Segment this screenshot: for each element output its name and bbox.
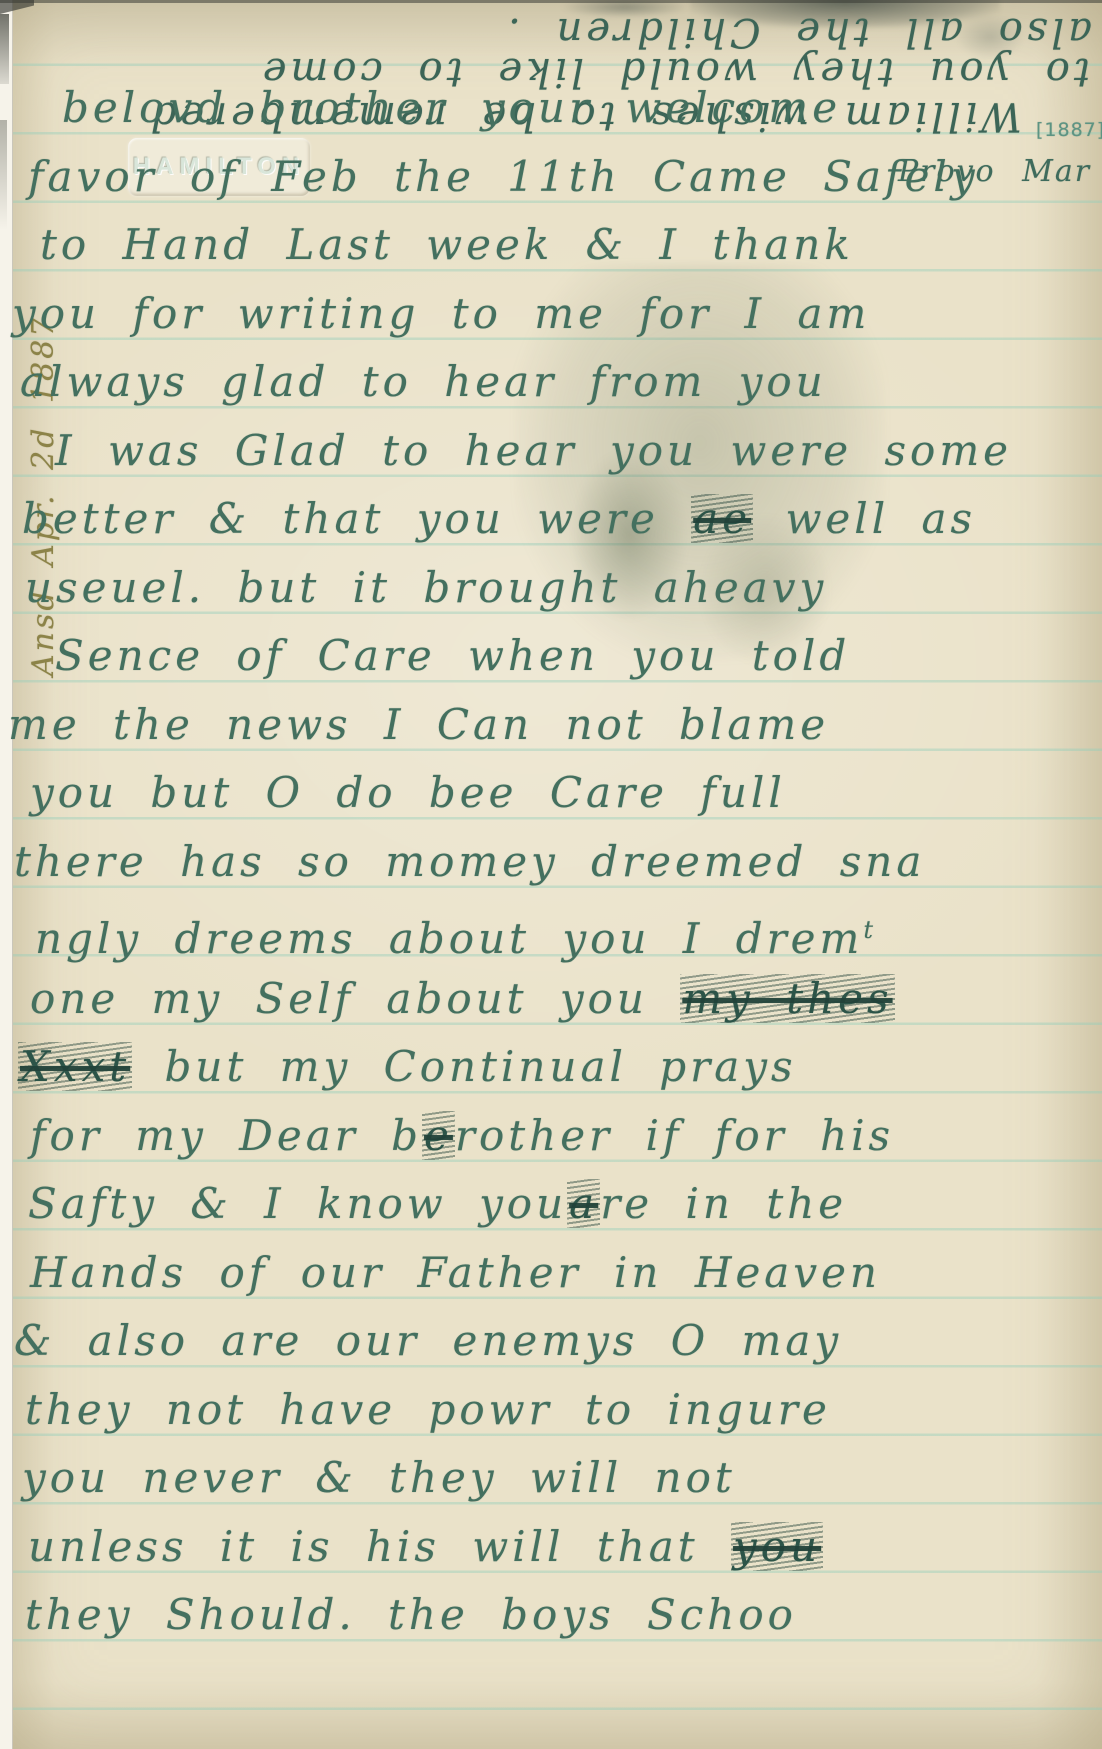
scan-corner-top-left xyxy=(0,0,34,14)
line-text: you for writing to me for I am xyxy=(12,289,870,338)
scan-edge-mark-2 xyxy=(0,120,7,230)
struck-out-text: Xxxt xyxy=(18,1042,132,1091)
line-text: me the news I Can not blame xyxy=(8,700,829,749)
letter-line: for my Dear berother if for his xyxy=(30,1110,894,1162)
line-text: Safty & I know you xyxy=(28,1179,567,1228)
line-text: always glad to hear from you xyxy=(20,357,827,406)
line-text: re in the xyxy=(600,1179,847,1228)
letter-line: always glad to hear from you xyxy=(20,356,827,408)
letter-line: Xxxt but my Continual prays xyxy=(18,1041,797,1093)
line-text: Sence of Care when you told xyxy=(55,631,850,680)
line-text: favor of Feb the 11th Came Safely xyxy=(28,152,979,201)
letter-line: I was Glad to hear you were some xyxy=(55,425,1012,477)
struck-out-text: my thes xyxy=(680,974,894,1023)
line-text: one my Self about you xyxy=(30,974,680,1023)
line-text: for my Dear b xyxy=(30,1111,422,1160)
letter-line: useuel. but it brought aheavy xyxy=(25,562,827,614)
line-text: you never & they will not xyxy=(22,1453,736,1502)
letter-line: ngly dreems about you I dremt xyxy=(35,904,873,965)
letter-line: they Should. the boys Schoo xyxy=(25,1589,797,1641)
letter-line: one my Self about you my thes xyxy=(30,973,895,1025)
letter-line: they not have powr to ingure xyxy=(25,1384,831,1436)
line-text: but my Continual prays xyxy=(132,1042,796,1091)
line-text: belovd brother your welcome xyxy=(62,83,841,132)
line-text: well as xyxy=(753,494,976,543)
letter-line: belovd brother your welcome xyxy=(62,82,841,134)
letter-page: HAMILTON Ansd Apr. 2d 1887 also all the … xyxy=(0,0,1102,1749)
letter-line: me the news I Can not blame xyxy=(8,699,829,751)
letter-line: to Hand Last week & I thank xyxy=(40,219,854,271)
line-text: unless it is his will that xyxy=(28,1522,731,1571)
letter-line: better & that you were ae well as xyxy=(22,493,976,545)
line-text: & also are our enemys O may xyxy=(14,1316,842,1365)
line-text: I was Glad to hear you were some xyxy=(55,426,1012,475)
letter-line: Safty & I know youare in the xyxy=(28,1178,847,1230)
letter-line: you for writing to me for I am xyxy=(12,288,870,340)
letter-line: Sence of Care when you told xyxy=(55,630,850,682)
scan-edge-top xyxy=(0,0,1102,3)
year-annotation: [1887] xyxy=(1036,104,1102,156)
line-text: they Should. the boys Schoo xyxy=(25,1590,797,1639)
letter-line: you never & they will not xyxy=(22,1452,736,1504)
line-text: ngly dreems about you I drem xyxy=(35,914,863,963)
struck-out-text: a xyxy=(567,1179,600,1228)
line-text: better & that you were xyxy=(22,494,691,543)
line-text: you but O do bee Care full xyxy=(30,768,786,817)
struck-out-text: you xyxy=(731,1522,823,1571)
line-text: to Hand Last week & I thank xyxy=(40,220,854,269)
letter-line: unless it is his will that you xyxy=(28,1521,823,1573)
superscript-text: t xyxy=(863,916,873,944)
struck-out-text: ae xyxy=(691,494,753,543)
letter-line: there has so momey dreemed sna xyxy=(14,836,925,888)
struck-out-text: e xyxy=(422,1111,455,1160)
line-text: they not have powr to ingure xyxy=(25,1385,831,1434)
letter-line: Hands of our Father in Heaven xyxy=(30,1247,881,1299)
line-text: Hands of our Father in Heaven xyxy=(30,1248,881,1297)
line-text: useuel. but it brought aheavy xyxy=(25,563,827,612)
line-text: rother if for his xyxy=(455,1111,894,1160)
scan-edge-mark xyxy=(0,14,9,84)
letter-line: & also are our enemys O may xyxy=(14,1315,842,1367)
scan-edge-left xyxy=(0,0,13,1749)
letter-line: you but O do bee Care full xyxy=(30,767,786,819)
letter-line: favor of Feb the 11th Came Safely xyxy=(28,151,979,203)
line-text: there has so momey dreemed sna xyxy=(14,837,925,886)
